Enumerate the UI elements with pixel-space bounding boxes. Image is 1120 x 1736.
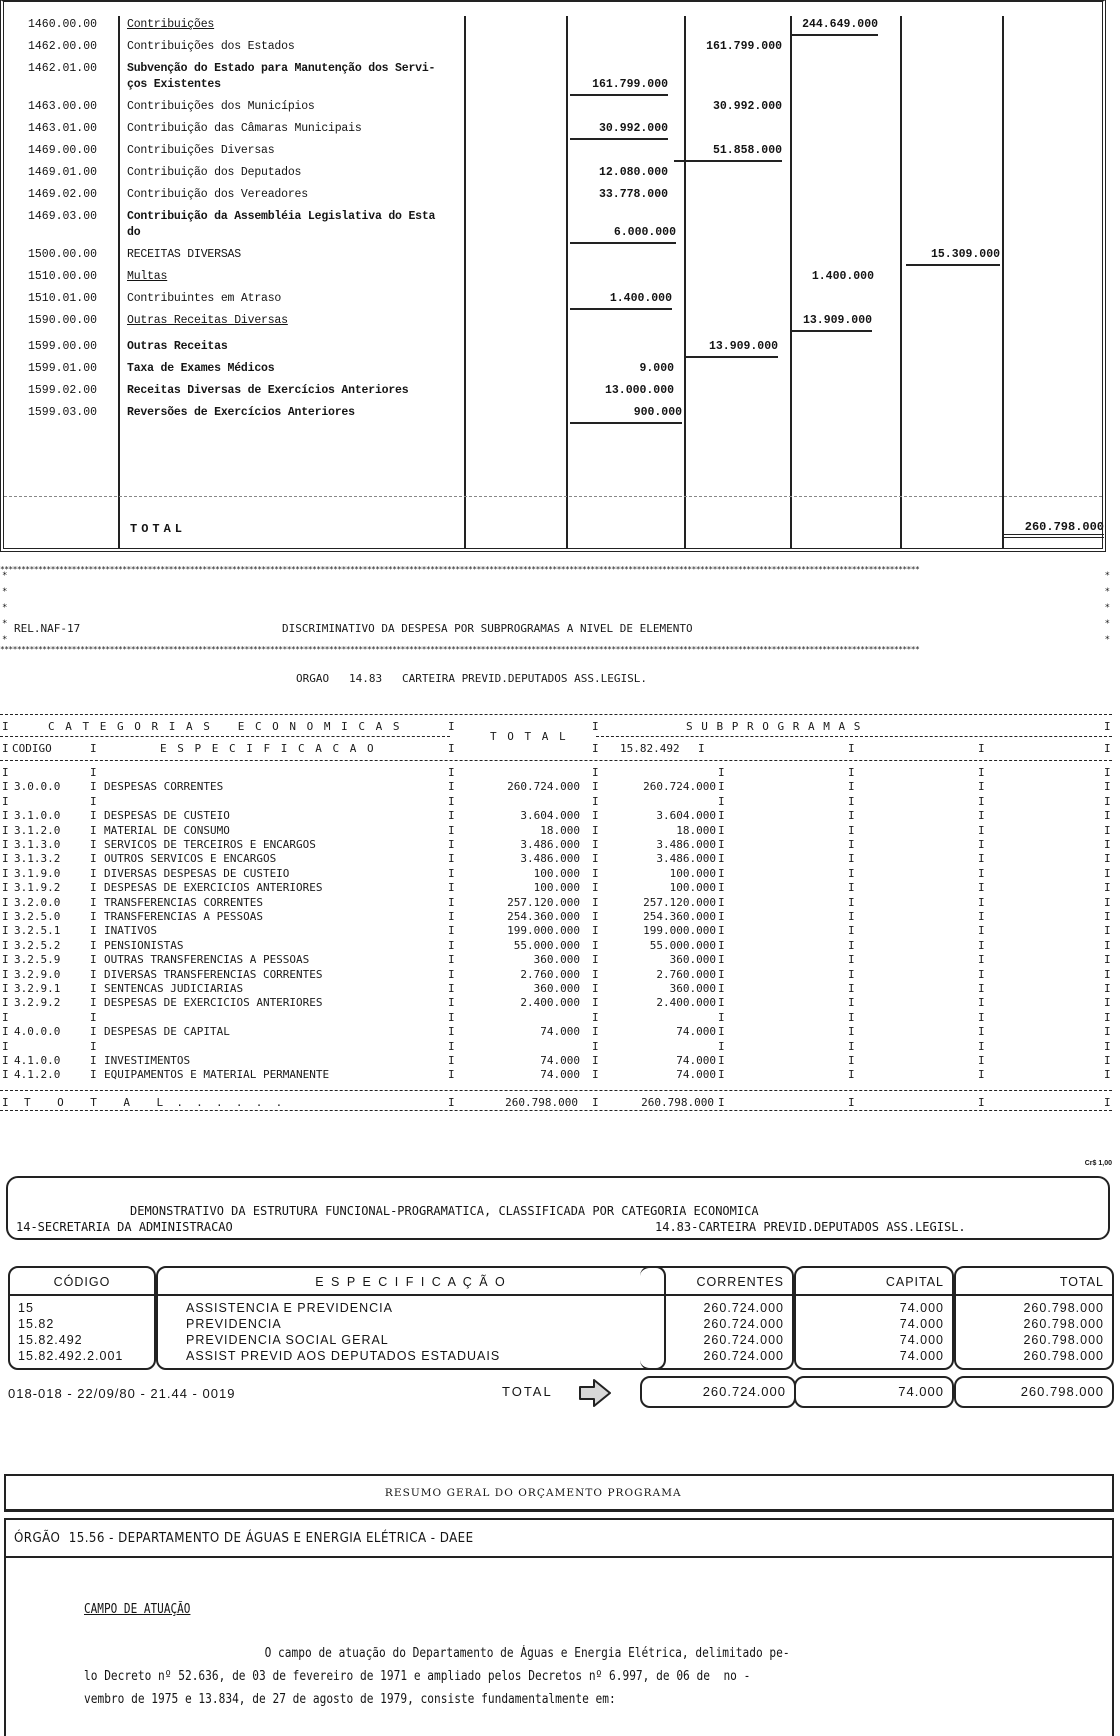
- column-bar: I: [90, 881, 97, 895]
- row-code: 3.2.5.2: [14, 939, 60, 953]
- row-total: 74.000: [456, 1054, 580, 1068]
- column-bar: I: [978, 953, 985, 967]
- column-bar: I: [90, 1068, 97, 1082]
- column-bar: I: [848, 1025, 855, 1039]
- total-value: 260.798.000: [964, 1316, 1104, 1332]
- column-bar: I: [448, 824, 455, 838]
- row-code: 1460.00.00: [28, 16, 118, 34]
- column-bar: I: [978, 1040, 985, 1054]
- column-bar: I: [978, 996, 985, 1010]
- column-bar: I: [848, 809, 855, 823]
- column-bar: I: [718, 939, 725, 953]
- row-subprogram: 100.000: [596, 867, 716, 881]
- row-desc: Contribuição das Câmaras Municipais: [127, 120, 467, 138]
- row-desc: Reversões de Exercícios Anteriores: [127, 404, 467, 422]
- column-bar: I: [848, 1054, 855, 1068]
- column-bar: I: [978, 1025, 985, 1039]
- row-code: 1469.01.00: [28, 164, 118, 182]
- column-bar: I: [848, 896, 855, 910]
- row-code: 4.0.0.0: [14, 1025, 60, 1039]
- row-subprogram: 3.604.000: [596, 809, 716, 823]
- row-desc: OUTRAS TRANSFERENCIAS A PESSOAS: [104, 953, 309, 967]
- column-bar: I: [848, 1011, 855, 1025]
- row-code: 3.2.5.0: [14, 910, 60, 924]
- column-bar: I: [1104, 881, 1111, 895]
- table-rule: [0, 1110, 1112, 1111]
- codigo-header: CÓDIGO: [10, 1268, 154, 1296]
- column-bar: I: [2, 838, 9, 852]
- column-bar: I: [978, 881, 985, 895]
- printout-row: IIIIIIII3.2.5.1INATIVOS199.000.000199.00…: [0, 924, 1112, 938]
- campo-section: CAMPO DE ATUAÇÃO O campo de atuação do D…: [4, 1558, 1114, 1736]
- arrow-right-icon: [578, 1378, 612, 1408]
- paragraph-line: lo Decreto nº 52.636, de 03 de fevereiro…: [84, 1665, 953, 1688]
- column-bar: I: [2, 896, 9, 910]
- row-total: 360.000: [456, 953, 580, 967]
- column-bar: I: [2, 852, 9, 866]
- row-code: 3.1.2.0: [14, 824, 60, 838]
- column-bar: I: [718, 896, 725, 910]
- row-desc: TRANSFERENCIAS A PESSOAS: [104, 910, 263, 924]
- row-subprogram: 199.000.000: [596, 924, 716, 938]
- column-bar: I: [718, 881, 725, 895]
- column-bar: I: [848, 968, 855, 982]
- column-bar: I: [448, 968, 455, 982]
- secretaria-label: 14-SECRETARIA DA ADMINISTRACAO: [16, 1220, 233, 1234]
- header-subprogram-code: 15.82.492: [620, 742, 680, 756]
- capital-header: CAPITAL: [796, 1268, 952, 1296]
- column-bar: I: [1104, 996, 1111, 1010]
- column-bar: I: [978, 867, 985, 881]
- resumo-header: RESUMO GERAL DO ORÇAMENTO PROGRAMA: [4, 1474, 1114, 1512]
- column-bar: I: [978, 1068, 985, 1082]
- row-subprogram: 55.000.000: [596, 939, 716, 953]
- column-bar: I: [718, 780, 725, 794]
- row-desc: Outras Receitas Diversas: [127, 312, 467, 330]
- printout-row: IIIIIIII4.1.0.0INVESTIMENTOS74.00074.000: [0, 1054, 1112, 1068]
- printout-row: IIIIIIII: [0, 1040, 1112, 1054]
- column-bar: I: [718, 1025, 725, 1039]
- table-rule: [0, 1090, 1112, 1091]
- total-capital: 74.000: [794, 1376, 954, 1408]
- row-code: 3.2.9.1: [14, 982, 60, 996]
- column-bar: I: [718, 809, 725, 823]
- column-bar: I: [978, 939, 985, 953]
- column-bar: I: [848, 824, 855, 838]
- row-desc: PENSIONISTAS: [104, 939, 183, 953]
- printout-row: IIIIIIII3.1.9.2DESPESAS DE EXERCICIOS AN…: [0, 881, 1112, 895]
- row-total: 257.120.000: [456, 896, 580, 910]
- row-subprogram: 74.000: [596, 1054, 716, 1068]
- star-border-right: *****: [1105, 568, 1110, 648]
- total-value: 260.798.000: [460, 1096, 578, 1110]
- column-bar: I: [1104, 852, 1111, 866]
- capital-value: 74.000: [804, 1348, 944, 1364]
- column-bar: I: [90, 838, 97, 852]
- printout-row: IIIIIIII3.2.9.2DESPESAS DE EXERCICIOS AN…: [0, 996, 1112, 1010]
- printout-row: IIIIIIII: [0, 1011, 1112, 1025]
- column-bar: I: [848, 1068, 855, 1082]
- correntes-value: 260.724.000: [648, 1300, 784, 1316]
- row-desc-cont: ços Existentes: [127, 76, 467, 94]
- row-code: 1599.00.00: [28, 338, 118, 356]
- column-bar: I: [1104, 896, 1111, 910]
- column-divider: [900, 16, 902, 548]
- column-bar: I: [1104, 982, 1111, 996]
- column-divider: [1002, 16, 1004, 548]
- column-bar: I: [2, 1040, 9, 1054]
- printout-row: IIIIIIII3.0.0.0DESPESAS CORRENTES260.724…: [0, 780, 1112, 794]
- column-bar: I: [718, 1040, 725, 1054]
- correntes-values: 260.724.000 260.724.000 260.724.000 260.…: [648, 1300, 784, 1364]
- row-code: 1469.00.00: [28, 142, 118, 160]
- printout-row: IIIIIIII3.1.2.0MATERIAL DE CONSUMO18.000…: [0, 824, 1112, 838]
- row-desc: SERVICOS DE TERCEIROS E ENCARGOS: [104, 838, 316, 852]
- row-code: 3.2.5.9: [14, 953, 60, 967]
- row-code: 1590.00.00: [28, 312, 118, 330]
- column-bar: I: [718, 852, 725, 866]
- row-desc: DIVERSAS TRANSFERENCIAS CORRENTES: [104, 968, 323, 982]
- column-bar: I: [978, 809, 985, 823]
- row-amount: 33.778.000: [570, 186, 668, 204]
- row-code: 1462.01.00: [28, 60, 118, 78]
- column-bar: I: [448, 867, 455, 881]
- column-bar: I: [90, 1025, 97, 1039]
- total-value: 260.798.000: [964, 1332, 1104, 1348]
- row-code: 1469.03.00: [28, 208, 118, 226]
- column-bar: I: [848, 1040, 855, 1054]
- row-amount: 30.992.000: [570, 120, 668, 140]
- row-desc: Contribuições dos Municípios: [127, 98, 467, 116]
- column-bar: I: [2, 1011, 9, 1025]
- codigo-value: 15.82: [18, 1316, 146, 1332]
- row-subprogram: 74.000: [596, 1068, 716, 1082]
- column-bar: I: [90, 1040, 97, 1054]
- column-bar: I: [90, 852, 97, 866]
- row-desc: DIVERSAS DESPESAS DE CUSTEIO: [104, 867, 289, 881]
- column-bar: I: [718, 982, 725, 996]
- printout-row: IIIIIIII3.2.5.0TRANSFERENCIAS A PESSOAS2…: [0, 910, 1112, 924]
- row-desc: Receitas Diversas de Exercícios Anterior…: [127, 382, 467, 400]
- row-amount: 161.799.000: [684, 38, 782, 56]
- column-bar: I: [978, 838, 985, 852]
- row-code: 3.1.9.0: [14, 867, 60, 881]
- column-bar: I: [848, 852, 855, 866]
- print-job-id: 018-018 - 22/09/80 - 21.44 - 0019: [8, 1386, 235, 1401]
- column-bar: I: [1104, 1040, 1111, 1054]
- row-desc: SENTENCAS JUDICIARIAS: [104, 982, 243, 996]
- table-rule: [0, 714, 1112, 715]
- row-subprogram: 18.000: [596, 824, 716, 838]
- row-subprogram: 360.000: [596, 982, 716, 996]
- row-code: 1500.00.00: [28, 246, 118, 264]
- column-bar: I: [1104, 924, 1111, 938]
- column-bar: I: [592, 766, 599, 780]
- column-bar: I: [718, 968, 725, 982]
- printout-row: IIIIIIII3.2.5.9OUTRAS TRANSFERENCIAS A P…: [0, 953, 1112, 967]
- row-total: 3.486.000: [456, 838, 580, 852]
- especificacao-header: E S P E C I F I C A Ç Ã O: [158, 1268, 664, 1296]
- column-bar: I: [1104, 1054, 1111, 1068]
- row-code: 1463.00.00: [28, 98, 118, 116]
- codigo-column: CÓDIGO 15 15.82 15.82.492 15.82.492.2.00…: [8, 1266, 156, 1370]
- column-bar: I: [90, 795, 97, 809]
- row-subprogram: 2.400.000: [596, 996, 716, 1010]
- column-bar: I: [90, 1054, 97, 1068]
- column-bar: I: [448, 838, 455, 852]
- total-correntes: 260.724.000: [640, 1376, 796, 1408]
- row-code: 3.2.0.0: [14, 896, 60, 910]
- row-amount: 30.992.000: [684, 98, 782, 116]
- printout-row: IIIIIIII3.1.9.0DIVERSAS DESPESAS DE CUST…: [0, 867, 1112, 881]
- column-bar: I: [448, 1011, 455, 1025]
- column-bar: I: [90, 982, 97, 996]
- paragraph-line: vembro de 1975 e 13.834, de 27 de agosto…: [84, 1688, 953, 1711]
- printout-total-row: I T O T A L . . . . . . I 260.798.000 I …: [0, 1096, 1112, 1110]
- printout-row: IIIIIIII3.1.3.0SERVICOS DE TERCEIROS E E…: [0, 838, 1112, 852]
- column-bar: I: [718, 996, 725, 1010]
- total-geral: 260.798.000: [954, 1376, 1114, 1408]
- dashed-separator: [4, 496, 1102, 497]
- totals-label: TOTAL: [502, 1384, 553, 1399]
- row-subprogram: 3.486.000: [596, 852, 716, 866]
- row-desc: Taxa de Exames Médicos: [127, 360, 467, 378]
- row-amount: 900.000: [570, 404, 682, 424]
- column-bar: I: [1104, 766, 1111, 780]
- column-bar: I: [718, 1068, 725, 1082]
- column-bar: I: [1104, 953, 1111, 967]
- row-amount: 9.000: [570, 360, 674, 378]
- row-code: 1599.01.00: [28, 360, 118, 378]
- column-bar: I: [848, 910, 855, 924]
- row-code: 1599.03.00: [28, 404, 118, 422]
- capital-values: 74.000 74.000 74.000 74.000: [804, 1300, 944, 1364]
- row-code: 3.2.9.2: [14, 996, 60, 1010]
- row-desc: EQUIPAMENTOS E MATERIAL PERMANENTE: [104, 1068, 329, 1082]
- column-bar: I: [718, 795, 725, 809]
- total-sub-value: 260.798.000: [596, 1096, 714, 1110]
- row-code: 3.2.9.0: [14, 968, 60, 982]
- row-desc: INATIVOS: [104, 924, 157, 938]
- star-border-bottom: ****************************************…: [0, 646, 1112, 654]
- column-bar: I: [978, 1054, 985, 1068]
- column-bar: I: [2, 867, 9, 881]
- column-bar: I: [848, 939, 855, 953]
- especificacao-value: ASSISTENCIA E PREVIDENCIA: [186, 1300, 656, 1316]
- row-desc: Contribuições dos Estados: [127, 38, 467, 56]
- row-total: 254.360.000: [456, 910, 580, 924]
- row-desc: DESPESAS DE EXERCICIOS ANTERIORES: [104, 881, 323, 895]
- column-bar: I: [592, 1011, 599, 1025]
- column-bar: I: [1104, 780, 1111, 794]
- column-bar: I: [90, 867, 97, 881]
- row-amount: 51.858.000: [674, 142, 782, 162]
- row-amount: 161.799.000: [570, 76, 668, 96]
- column-bar: I: [90, 910, 97, 924]
- column-bar: I: [978, 780, 985, 794]
- column-bar: I: [718, 766, 725, 780]
- column-bar: I: [90, 924, 97, 938]
- row-code: 4.1.2.0: [14, 1068, 60, 1082]
- row-total: 360.000: [456, 982, 580, 996]
- column-bar: I: [848, 953, 855, 967]
- column-bar: I: [718, 824, 725, 838]
- column-bar: I: [1104, 910, 1111, 924]
- row-total: 55.000.000: [456, 939, 580, 953]
- total-column: TOTAL 260.798.000 260.798.000 260.798.00…: [954, 1266, 1114, 1370]
- printout-row: IIIIIIII3.2.5.2PENSIONISTAS55.000.00055.…: [0, 939, 1112, 953]
- row-total: 2.400.000: [456, 996, 580, 1010]
- row-amount: 12.080.000: [570, 164, 668, 182]
- orgao-title: ÓRGÃO 15.56 - DEPARTAMENTO DE ÁGUAS E EN…: [14, 1530, 474, 1546]
- row-desc: Outras Receitas: [127, 338, 467, 356]
- codigo-value: 15.82.492: [18, 1332, 146, 1348]
- column-bar: I: [90, 996, 97, 1010]
- header-row-2: I CODIGO I E S P E C I F I C A C A O I I…: [0, 742, 1112, 756]
- row-total: 74.000: [456, 1025, 580, 1039]
- correntes-header: CORRENTES: [640, 1268, 792, 1296]
- column-bar: I: [448, 795, 455, 809]
- header-especificacao: E S P E C I F I C A C A O: [160, 742, 376, 756]
- star-border-left: *****: [2, 568, 7, 648]
- column-bar: I: [978, 924, 985, 938]
- row-desc: Multas: [127, 268, 467, 286]
- column-bar: I: [448, 809, 455, 823]
- column-bar: I: [2, 939, 9, 953]
- column-bar: I: [718, 953, 725, 967]
- capital-column: CAPITAL 74.000 74.000 74.000 74.000: [794, 1266, 954, 1370]
- column-bar: I: [2, 780, 9, 794]
- row-code: 3.1.0.0: [14, 809, 60, 823]
- banner-sides: ***** *****: [0, 568, 1112, 648]
- row-amount: 13.909.000: [790, 312, 872, 332]
- column-bar: I: [978, 766, 985, 780]
- row-desc: RECEITAS DIVERSAS: [127, 246, 467, 264]
- row-subprogram: 2.760.000: [596, 968, 716, 982]
- column-bar: I: [448, 924, 455, 938]
- campo-paragraph: O campo de atuação do Departamento de Ág…: [84, 1642, 953, 1711]
- column-bar: I: [448, 1040, 455, 1054]
- column-bar: I: [448, 766, 455, 780]
- especificacao-value: PREVIDENCIA: [186, 1316, 656, 1332]
- report-title: DISCRIMINATIVO DA DESPESA POR SUBPROGRAM…: [282, 622, 693, 635]
- row-subprogram: 100.000: [596, 881, 716, 895]
- row-code: 1510.01.00: [28, 290, 118, 308]
- column-bar: I: [2, 824, 9, 838]
- row-amount: 15.309.000: [906, 246, 1000, 266]
- row-code: 1510.00.00: [28, 268, 118, 286]
- column-bar: I: [978, 1011, 985, 1025]
- printout-row: IIIIIIII4.0.0.0DESPESAS DE CAPITAL74.000…: [0, 1025, 1112, 1039]
- total-label: TOTAL: [130, 522, 186, 536]
- row-total: 100.000: [456, 867, 580, 881]
- row-code: 3.2.5.1: [14, 924, 60, 938]
- column-bar: I: [1104, 968, 1111, 982]
- column-bar: I: [448, 780, 455, 794]
- column-bar: I: [978, 824, 985, 838]
- row-code: 4.1.0.0: [14, 1054, 60, 1068]
- row-total: 74.000: [456, 1068, 580, 1082]
- column-bar: I: [2, 924, 9, 938]
- especificacao-values: ASSISTENCIA E PREVIDENCIA PREVIDENCIA PR…: [186, 1300, 656, 1364]
- column-bar: I: [448, 996, 455, 1010]
- row-desc: Contribuições: [127, 16, 467, 34]
- column-bar: I: [1104, 1011, 1111, 1025]
- column-bar: I: [848, 996, 855, 1010]
- row-amount: 1.400.000: [790, 268, 874, 286]
- printout-row: IIIIIIII3.2.9.0DIVERSAS TRANSFERENCIAS C…: [0, 968, 1112, 982]
- column-bar: I: [848, 795, 855, 809]
- row-desc: Contribuintes em Atraso: [127, 290, 467, 308]
- report-code: REL.NAF-17: [14, 622, 80, 635]
- column-bar: I: [90, 824, 97, 838]
- column-bar: I: [2, 766, 9, 780]
- column-bar: I: [2, 996, 9, 1010]
- row-total: 100.000: [456, 881, 580, 895]
- column-bar: I: [978, 910, 985, 924]
- column-bar: I: [90, 968, 97, 982]
- row-desc: Contribuição dos Vereadores: [127, 186, 467, 204]
- column-bar: I: [90, 1011, 97, 1025]
- campo-heading: CAMPO DE ATUAÇÃO: [84, 1602, 190, 1617]
- column-bar: I: [1104, 867, 1111, 881]
- row-desc: DESPESAS CORRENTES: [104, 780, 223, 794]
- column-bar: I: [2, 881, 9, 895]
- total-value: 260.798.000: [964, 1348, 1104, 1364]
- column-divider: [118, 16, 120, 548]
- row-amount: 1.400.000: [570, 290, 672, 310]
- revenue-table: 1460.00.00 Contribuições 244.649.000 146…: [0, 0, 1106, 552]
- row-subprogram: 257.120.000: [596, 896, 716, 910]
- printout-row: IIIIIIII3.2.9.1SENTENCAS JUDICIARIAS360.…: [0, 982, 1112, 996]
- row-amount: 6.000.000: [570, 224, 676, 244]
- column-bar: I: [978, 982, 985, 996]
- column-bar: I: [848, 881, 855, 895]
- orgao-box: ÓRGÃO 15.56 - DEPARTAMENTO DE ÁGUAS E EN…: [4, 1518, 1114, 1558]
- column-bar: I: [848, 780, 855, 794]
- row-subprogram: 74.000: [596, 1025, 716, 1039]
- column-bar: I: [1104, 1068, 1111, 1082]
- column-bar: I: [848, 982, 855, 996]
- resumo-title: RESUMO GERAL DO ORÇAMENTO PROGRAMA: [385, 1488, 682, 1499]
- row-amount: 244.649.000: [790, 16, 878, 36]
- column-bar: I: [718, 1054, 725, 1068]
- column-bar: I: [448, 881, 455, 895]
- column-bar: I: [448, 982, 455, 996]
- correntes-value: 260.724.000: [648, 1332, 784, 1348]
- column-bar: I: [448, 1068, 455, 1082]
- column-bar: I: [978, 852, 985, 866]
- row-code: 1469.02.00: [28, 186, 118, 204]
- correntes-value: 260.724.000: [648, 1316, 784, 1332]
- row-code: 3.1.3.2: [14, 852, 60, 866]
- unidade-label: 14.83-CARTEIRA PREVID.DEPUTADOS ASS.LEGI…: [655, 1220, 966, 1234]
- especificacao-value: ASSIST PREVID AOS DEPUTADOS ESTADUAIS: [186, 1348, 656, 1364]
- column-bar: I: [2, 910, 9, 924]
- row-desc: DESPESAS DE CUSTEIO: [104, 809, 230, 823]
- column-bar: I: [90, 896, 97, 910]
- column-bar: I: [2, 795, 9, 809]
- row-total: 260.724.000: [456, 780, 580, 794]
- column-bar: I: [1104, 1025, 1111, 1039]
- row-code: 1463.01.00: [28, 120, 118, 138]
- row-code: 3.0.0.0: [14, 780, 60, 794]
- capital-value: 74.000: [804, 1316, 944, 1332]
- row-amount: 13.000.000: [570, 382, 674, 400]
- demonstrativo-header: DEMONSTRATIVO DA ESTRUTURA FUNCIONAL-PRO…: [6, 1176, 1110, 1240]
- row-desc: DESPESAS DE EXERCICIOS ANTERIORES: [104, 996, 323, 1010]
- row-desc: TRANSFERENCIAS CORRENTES: [104, 896, 263, 910]
